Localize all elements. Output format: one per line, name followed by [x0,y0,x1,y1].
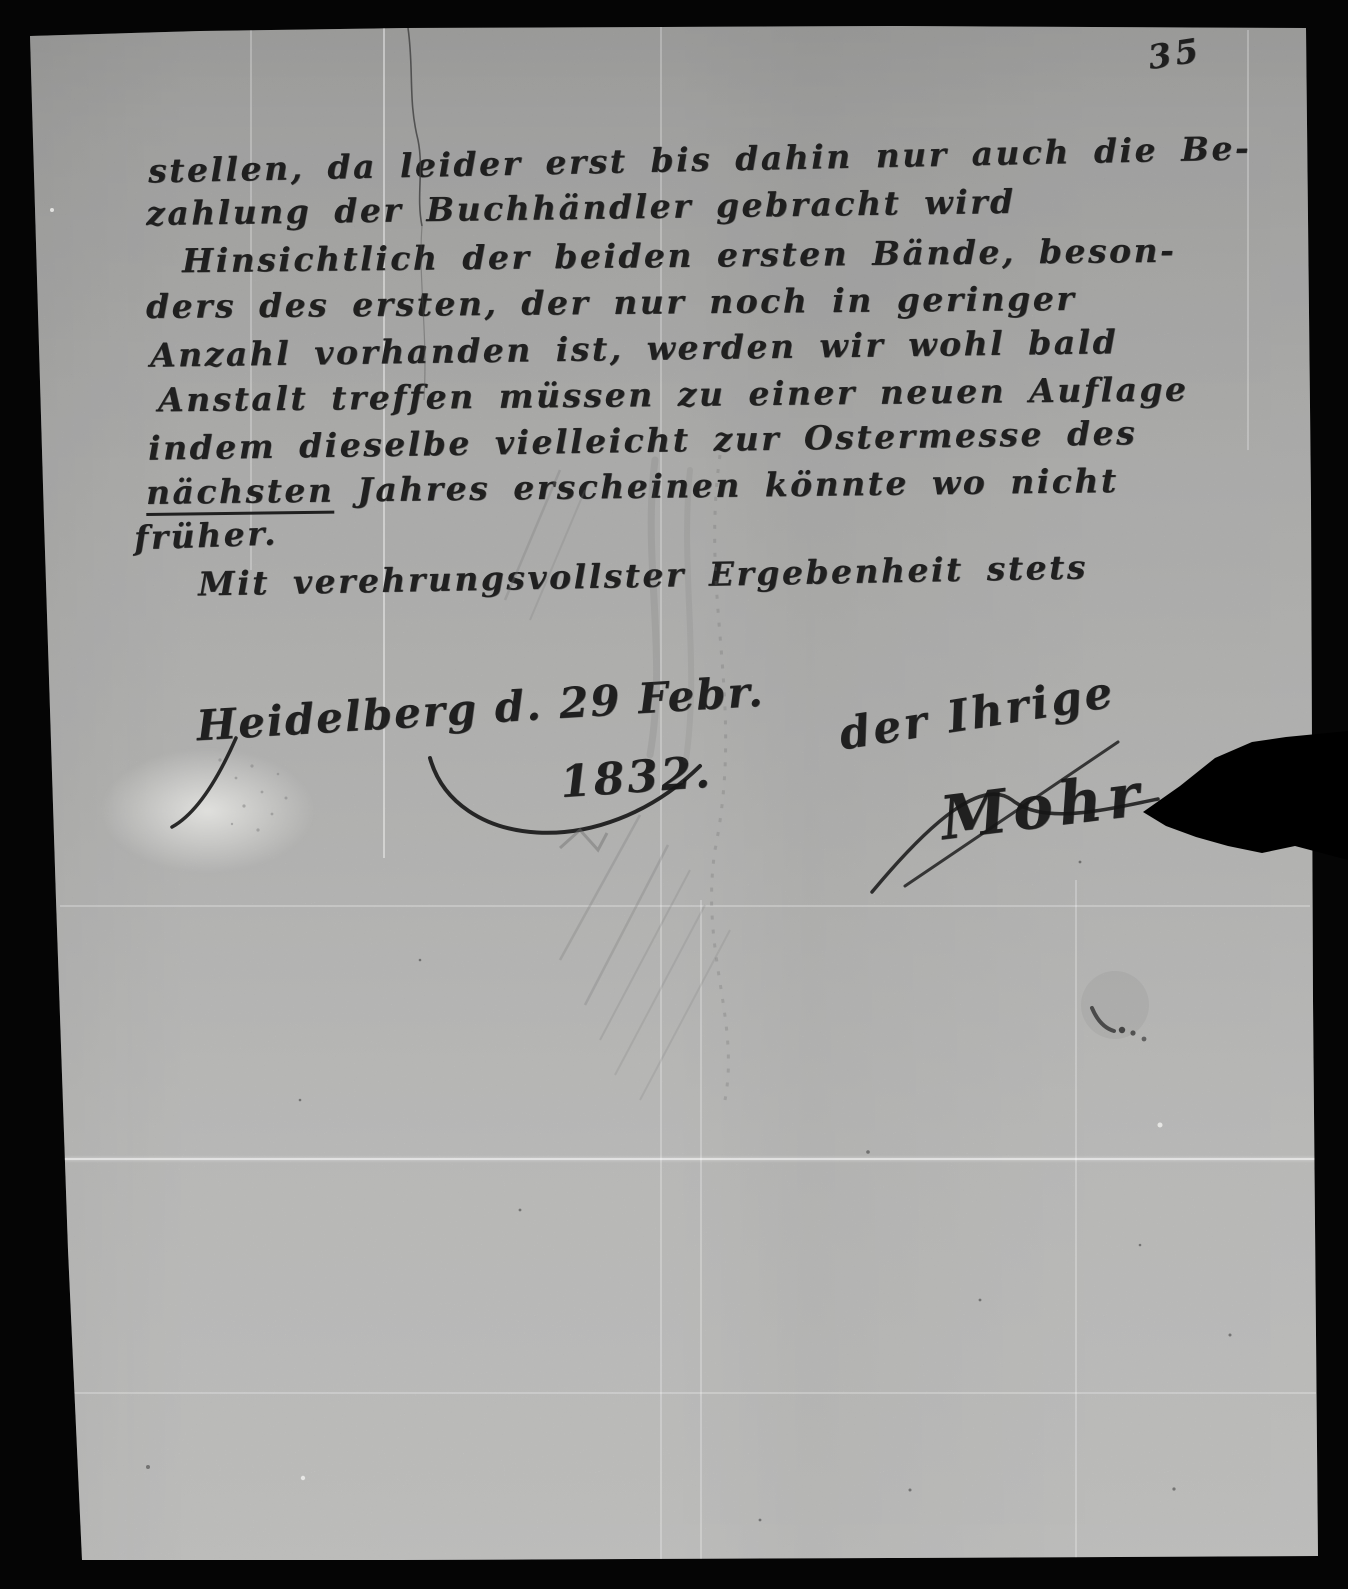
scanned-letter-page: 35 stellen, da leider erst bis dahin nur… [0,0,1348,1589]
tear-hole [0,0,1348,1589]
